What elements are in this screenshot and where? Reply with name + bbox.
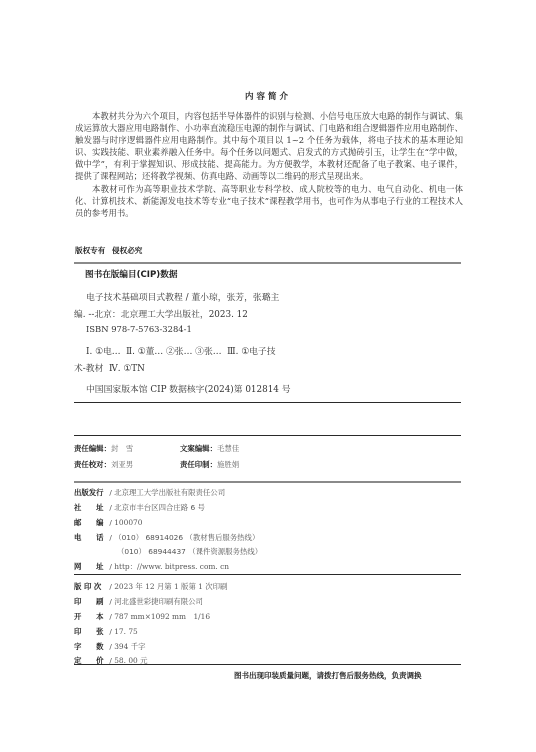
info-label: 社 址 <box>74 502 107 513</box>
publisher-entry: 网 址 / http：//www. bitpress. com. cn <box>74 561 229 572</box>
staff-label: 责任印制： <box>180 460 217 469</box>
info-label: 版 印 次 <box>74 581 107 592</box>
publisher-entry: 社 址 / 北京市丰台区四合庄路 6 号 <box>74 502 205 513</box>
info-label: 电 话 <box>74 532 107 543</box>
info-value: （010） 68944437 （课件资源服务热线） <box>117 547 262 556</box>
cip-classification-line-1: Ⅰ. ①电… Ⅱ. ①董… ②张… ③张… Ⅲ. ①电子技 <box>86 344 276 357</box>
copyright-notice: 版权专有 侵权必究 <box>75 245 142 256</box>
cip-heading: 图书在版编目(CIP)数据 <box>85 268 177 280</box>
publisher-entry: （010） 68944437 （课件资源服务热线） <box>117 546 262 557</box>
divider <box>74 664 230 665</box>
cip-record: 中国国家版本馆 CIP 数据核字(2024)第 012814 号 <box>86 382 291 395</box>
staff-label: 责任编辑： <box>74 444 111 453</box>
staff-label: 责任校对： <box>74 460 111 469</box>
cip-isbn: ISBN 978-7-5763-3284-1 <box>86 324 192 334</box>
divider <box>230 664 461 665</box>
publisher-entry: 出版发行 / 北京理工大学出版社有限责任公司 <box>74 487 225 498</box>
info-value: 787 mm×1092 mm 1/16 <box>114 612 210 621</box>
info-value: 北京理工大学出版社有限责任公司 <box>114 488 225 497</box>
info-value: 北京市丰台区四合庄路 6 号 <box>114 503 205 512</box>
printing-entry: 版 印 次 / 2023 年 12 月第 1 版第 1 次印刷 <box>74 581 227 592</box>
printing-entry: 字 数 / 394 千字 <box>74 641 145 652</box>
staff-value: 毛慧佳 <box>217 444 239 453</box>
cip-title-line-2: 编. --北京：北京理工大学出版社，2023. 12 <box>74 307 248 320</box>
info-value: 394 千字 <box>114 642 145 651</box>
staff-entry: 责任印制：施胜娟 <box>180 459 239 470</box>
divider <box>74 262 461 264</box>
staff-label: 文案编辑： <box>180 444 217 453</box>
divider <box>74 435 461 436</box>
info-label: 印 刷 <box>74 596 107 607</box>
info-label: 网 址 <box>74 561 107 572</box>
info-value: 100070 <box>114 518 142 527</box>
printing-entry: 印 张 / 17. 75 <box>74 626 138 637</box>
summary-paragraph: 本教材共分为六个项目，内容包括半导体器件的识别与检测、小信号电压放大电路的制作与… <box>75 110 463 183</box>
info-value: 17. 75 <box>114 627 138 636</box>
cip-classification-line-2: 术-教材 Ⅳ. ①TN <box>74 361 145 374</box>
divider <box>74 574 461 575</box>
footer-note: 图书出现印装质量问题，请拨打售后服务热线，负责调换 <box>234 670 422 681</box>
staff-entry: 责任编辑：封 雪 <box>74 443 133 454</box>
info-label: 出版发行 <box>74 487 107 498</box>
summary-title: 内容简介 <box>0 90 536 102</box>
divider <box>74 481 461 483</box>
staff-value: 施胜娟 <box>217 460 239 469</box>
info-label: 字 数 <box>74 641 107 652</box>
info-value: 河北盛世彩捷印刷有限公司 <box>114 597 203 606</box>
info-value: 2023 年 12 月第 1 版第 1 次印刷 <box>114 582 227 591</box>
info-label: 印 张 <box>74 626 107 637</box>
info-label: 开 本 <box>74 611 107 622</box>
divider <box>74 402 461 403</box>
printing-entry: 开 本 / 787 mm×1092 mm 1/16 <box>74 611 210 622</box>
publisher-entry: 邮 编 / 100070 <box>74 517 142 528</box>
info-label: 邮 编 <box>74 517 107 528</box>
summary-paragraph: 本教材可作为高等职业技术学院、高等职业专科学校、成人院校等的电力、电气自动化、机… <box>75 183 463 219</box>
info-value: （010） 68914026 （教材售后服务热线） <box>114 533 259 542</box>
summary-body: 本教材共分为六个项目，内容包括半导体器件的识别与检测、小信号电压放大电路的制作与… <box>75 110 463 219</box>
cip-title-line-1: 电子技术基础项目式教程 / 董小琼，张芳，张璐主 <box>86 290 279 303</box>
staff-value: 封 雪 <box>111 444 133 453</box>
printing-entry: 印 刷 / 河北盛世彩捷印刷有限公司 <box>74 596 203 607</box>
staff-entry: 文案编辑：毛慧佳 <box>180 443 239 454</box>
publisher-entry: 电 话 / （010） 68914026 （教材售后服务热线） <box>74 532 259 543</box>
info-value: http：//www. bitpress. com. cn <box>114 562 229 571</box>
staff-entry: 责任校对：刘亚男 <box>74 459 133 470</box>
staff-value: 刘亚男 <box>111 460 133 469</box>
